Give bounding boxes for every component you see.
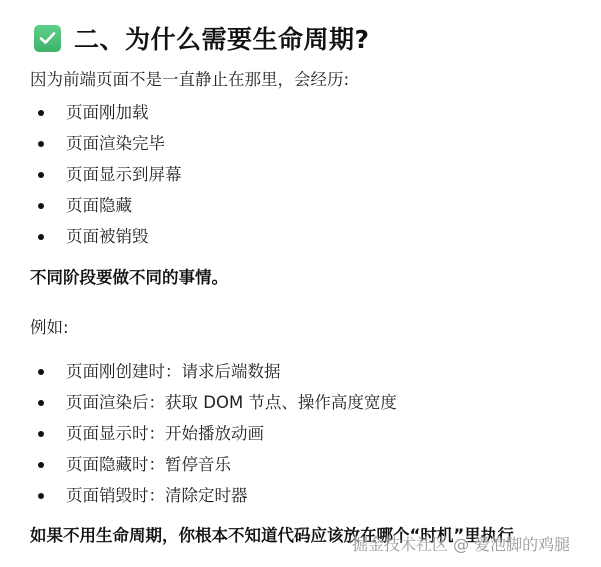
- bullet-icon: [38, 110, 44, 116]
- bullet-icon: [38, 203, 44, 209]
- bullet-icon: [38, 431, 44, 437]
- list-item: 页面渲染完毕: [30, 128, 182, 159]
- stage-list: 页面刚加载 页面渲染完毕 页面显示到屏幕 页面隐藏 页面被销毁: [30, 97, 182, 252]
- list-item: 页面被销毁: [30, 221, 182, 252]
- list-item: 页面渲染后：获取 DOM 节点、操作高度宽度: [30, 387, 397, 418]
- section-heading: 二、为什么需要生命周期?: [34, 20, 370, 56]
- watermark: 掘金技术社区 @ 爱泡脚的鸡腿: [352, 532, 570, 555]
- list-item: 页面显示时：开始播放动画: [30, 418, 397, 449]
- bullet-icon: [38, 172, 44, 178]
- example-label: 例如:: [30, 314, 69, 338]
- check-mark-icon: [34, 25, 61, 52]
- bullet-icon: [38, 369, 44, 375]
- list-item: 页面刚加载: [30, 97, 182, 128]
- bullet-icon: [38, 493, 44, 499]
- list-item: 页面销毁时：清除定时器: [30, 480, 397, 511]
- emphasis-text: 不同阶段要做不同的事情。: [30, 264, 228, 288]
- bullet-icon: [38, 400, 44, 406]
- list-item: 页面刚创建时：请求后端数据: [30, 356, 397, 387]
- intro-text: 因为前端页面不是一直静止在那里，会经历:: [30, 66, 349, 90]
- list-item: 页面显示到屏幕: [30, 159, 182, 190]
- list-item: 页面隐藏: [30, 190, 182, 221]
- section-title: 二、为什么需要生命周期?: [74, 20, 370, 56]
- example-list: 页面刚创建时：请求后端数据 页面渲染后：获取 DOM 节点、操作高度宽度 页面显…: [30, 356, 397, 511]
- list-item: 页面隐藏时：暂停音乐: [30, 449, 397, 480]
- bullet-icon: [38, 462, 44, 468]
- bullet-icon: [38, 234, 44, 240]
- bullet-icon: [38, 141, 44, 147]
